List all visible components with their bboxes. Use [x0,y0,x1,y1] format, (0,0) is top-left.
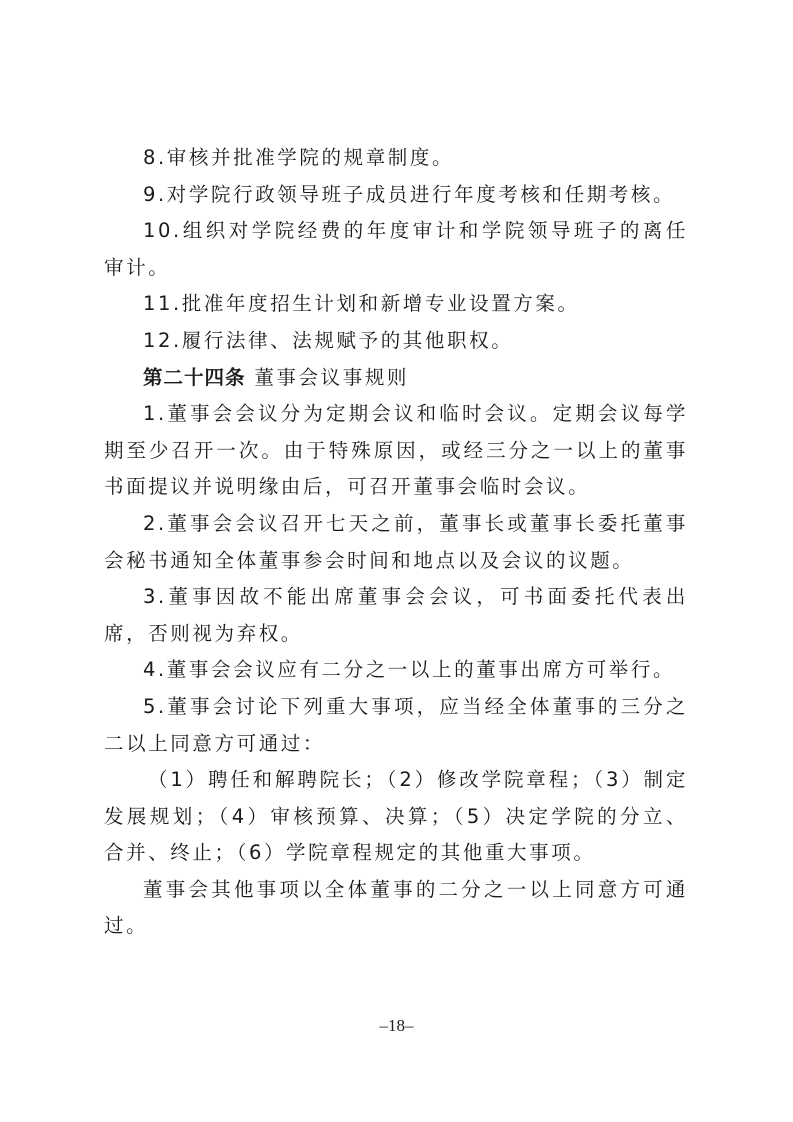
paragraph-item-12: 12.履行法律、法规赋予的其他职权。 [104,323,688,360]
rule-item-4: 4.董事会会议应有二分之一以上的董事出席方可举行。 [104,652,688,689]
rule-item-5: 5.董事会讨论下列重大事项，应当经全体董事的三分之二以上同意方可通过： [104,689,688,762]
document-body: 8.审核并批准学院的规章制度。 9.对学院行政领导班子成员进行年度考核和任期考核… [104,140,688,945]
article-title: 董事会议事规则 [246,366,410,389]
paragraph-item-11: 11.批准年度招生计划和新增专业设置方案。 [104,286,688,323]
page-number: –18– [0,1016,793,1036]
paragraph-item-9: 9.对学院行政领导班子成员进行年度考核和任期考核。 [104,177,688,214]
paragraph-item-10: 10.组织对学院经费的年度审计和学院领导班子的离任审计。 [104,213,688,286]
paragraph-item-8: 8.审核并批准学院的规章制度。 [104,140,688,177]
rule-item-3: 3.董事因故不能出席董事会会议，可书面委托代表出席，否则视为弃权。 [104,579,688,652]
article-label: 第二十四条 [143,366,246,389]
rule-item-2: 2.董事会会议召开七天之前，董事长或董事长委托董事会秘书通知全体董事参会时间和地… [104,506,688,579]
rule-item-1: 1.董事会会议分为定期会议和临时会议。定期会议每学期至少召开一次。由于特殊原因，… [104,396,688,506]
rule-other-matters: 董事会其他事项以全体董事的二分之一以上同意方可通过。 [104,872,688,945]
document-page: 8.审核并批准学院的规章制度。 9.对学院行政领导班子成员进行年度考核和任期考核… [0,0,793,1122]
article-heading: 第二十四条 董事会议事规则 [104,360,688,397]
rule-item-5-subitems: （1）聘任和解聘院长；（2）修改学院章程；（3）制定发展规划；（4）审核预算、决… [104,762,688,872]
